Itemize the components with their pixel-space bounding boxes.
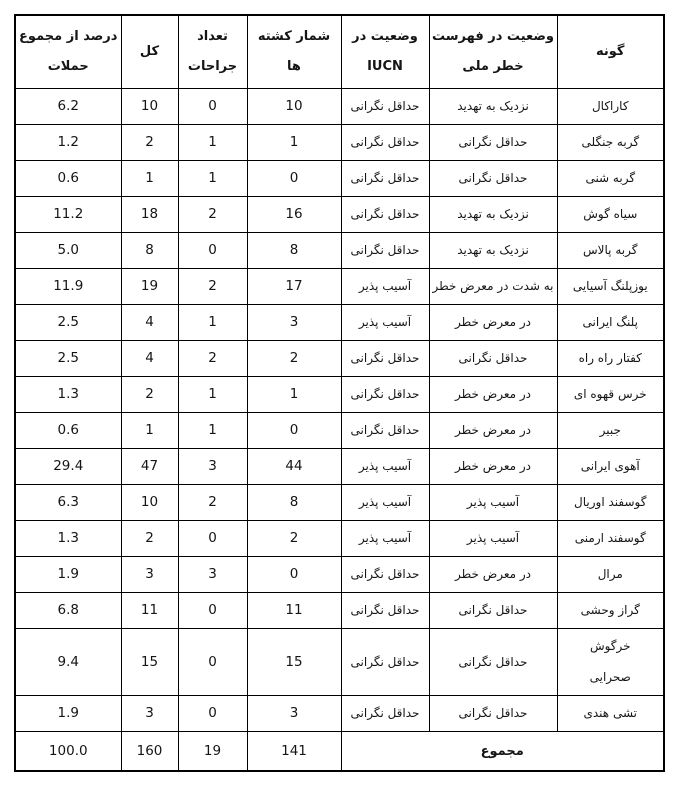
species-cell: گربه شنی xyxy=(557,161,664,197)
total-cell: 4 xyxy=(121,341,178,377)
iucn-status-cell: حداقل نگرانی xyxy=(341,197,429,233)
total-cell: 3 xyxy=(121,696,178,732)
iucn-status-cell: حداقل نگرانی xyxy=(341,341,429,377)
percent-cell: 6.8 xyxy=(15,593,121,629)
injuries-cell: 2 xyxy=(178,197,247,233)
table-row: گوسفند اوریال آسیب پذیر آسیب پذیر 8 2 10… xyxy=(15,485,664,521)
total-cell: 15 xyxy=(121,629,178,696)
header-total: کل xyxy=(121,15,178,89)
species-cell: گراز وحشی xyxy=(557,593,664,629)
injuries-cell: 0 xyxy=(178,593,247,629)
percent-cell: 29.4 xyxy=(15,449,121,485)
species-cell: کاراکال xyxy=(557,89,664,125)
iucn-status-cell: حداقل نگرانی xyxy=(341,413,429,449)
totals-percent: 100.0 xyxy=(15,732,121,772)
totals-injuries: 19 xyxy=(178,732,247,772)
iucn-status-cell: حداقل نگرانی xyxy=(341,89,429,125)
total-cell: 2 xyxy=(121,377,178,413)
percent-cell: 1.9 xyxy=(15,696,121,732)
killed-cell: 8 xyxy=(247,233,341,269)
national-status-cell: نزدیک به تهدید xyxy=(429,89,557,125)
species-cell: جبیر xyxy=(557,413,664,449)
iucn-status-cell: حداقل نگرانی xyxy=(341,557,429,593)
iucn-status-cell: حداقل نگرانی xyxy=(341,233,429,269)
iucn-status-cell: آسیب پذیر xyxy=(341,521,429,557)
killed-cell: 8 xyxy=(247,485,341,521)
killed-cell: 44 xyxy=(247,449,341,485)
total-cell: 1 xyxy=(121,161,178,197)
page: گونه وضعیت در فهرست خطر ملی وضعیت در IUC… xyxy=(0,0,677,772)
total-cell: 4 xyxy=(121,305,178,341)
species-cell: گربه پالاس xyxy=(557,233,664,269)
total-cell: 10 xyxy=(121,485,178,521)
percent-cell: 1.3 xyxy=(15,521,121,557)
table-row: کفتار راه راه حداقل نگرانی حداقل نگرانی … xyxy=(15,341,664,377)
injuries-cell: 3 xyxy=(178,449,247,485)
killed-cell: 11 xyxy=(247,593,341,629)
injuries-cell: 2 xyxy=(178,485,247,521)
total-cell: 11 xyxy=(121,593,178,629)
iucn-status-cell: حداقل نگرانی xyxy=(341,125,429,161)
totals-row: مجموع 141 19 160 100.0 xyxy=(15,732,664,772)
header-injuries: تعداد جراحات xyxy=(178,15,247,89)
percent-cell: 2.5 xyxy=(15,341,121,377)
percent-cell: 2.5 xyxy=(15,305,121,341)
iucn-status-cell: حداقل نگرانی xyxy=(341,696,429,732)
table-row: جبیر در معرض خطر حداقل نگرانی 0 1 1 0.6 xyxy=(15,413,664,449)
iucn-status-cell: آسیب پذیر xyxy=(341,269,429,305)
table-row: سیاه گوش نزدیک به تهدید حداقل نگرانی 16 … xyxy=(15,197,664,233)
table-row: گربه جنگلی حداقل نگرانی حداقل نگرانی 1 1… xyxy=(15,125,664,161)
national-status-cell: در معرض خطر xyxy=(429,413,557,449)
totals-killed: 141 xyxy=(247,732,341,772)
national-status-cell: حداقل نگرانی xyxy=(429,629,557,696)
percent-cell: 6.2 xyxy=(15,89,121,125)
killed-cell: 0 xyxy=(247,413,341,449)
national-status-cell: نزدیک به تهدید xyxy=(429,233,557,269)
table-row: گربه شنی حداقل نگرانی حداقل نگرانی 0 1 1… xyxy=(15,161,664,197)
header-species: گونه xyxy=(557,15,664,89)
iucn-status-cell: حداقل نگرانی xyxy=(341,377,429,413)
percent-cell: 1.3 xyxy=(15,377,121,413)
table-row: تشی هندی حداقل نگرانی حداقل نگرانی 3 0 3… xyxy=(15,696,664,732)
iucn-status-cell: حداقل نگرانی xyxy=(341,161,429,197)
national-status-cell: حداقل نگرانی xyxy=(429,696,557,732)
total-cell: 3 xyxy=(121,557,178,593)
killed-cell: 2 xyxy=(247,521,341,557)
injuries-cell: 0 xyxy=(178,233,247,269)
killed-cell: 15 xyxy=(247,629,341,696)
header-row: گونه وضعیت در فهرست خطر ملی وضعیت در IUC… xyxy=(15,15,664,89)
national-status-cell: در معرض خطر xyxy=(429,449,557,485)
injuries-cell: 2 xyxy=(178,341,247,377)
injuries-cell: 0 xyxy=(178,521,247,557)
species-cell: خرگوش صحرایی xyxy=(557,629,664,696)
injuries-cell: 0 xyxy=(178,629,247,696)
national-status-cell: در معرض خطر xyxy=(429,557,557,593)
killed-cell: 2 xyxy=(247,341,341,377)
killed-cell: 16 xyxy=(247,197,341,233)
table-row: کاراکال نزدیک به تهدید حداقل نگرانی 10 0… xyxy=(15,89,664,125)
national-status-cell: حداقل نگرانی xyxy=(429,341,557,377)
table-row: خرس قهوه ای در معرض خطر حداقل نگرانی 1 1… xyxy=(15,377,664,413)
species-cell: خرس قهوه ای xyxy=(557,377,664,413)
killed-cell: 3 xyxy=(247,305,341,341)
total-cell: 2 xyxy=(121,521,178,557)
table-body: کاراکال نزدیک به تهدید حداقل نگرانی 10 0… xyxy=(15,89,664,732)
species-cell: پلنگ ایرانی xyxy=(557,305,664,341)
species-cell: کفتار راه راه xyxy=(557,341,664,377)
percent-cell: 6.3 xyxy=(15,485,121,521)
total-cell: 19 xyxy=(121,269,178,305)
killed-cell: 0 xyxy=(247,557,341,593)
total-cell: 1 xyxy=(121,413,178,449)
injuries-cell: 1 xyxy=(178,413,247,449)
percent-cell: 9.4 xyxy=(15,629,121,696)
table-row: گربه پالاس نزدیک به تهدید حداقل نگرانی 8… xyxy=(15,233,664,269)
national-status-cell: در معرض خطر xyxy=(429,377,557,413)
national-status-cell: آسیب پذیر xyxy=(429,485,557,521)
percent-cell: 1.2 xyxy=(15,125,121,161)
killed-cell: 17 xyxy=(247,269,341,305)
iucn-status-cell: حداقل نگرانی xyxy=(341,629,429,696)
table-row: خرگوش صحرایی حداقل نگرانی حداقل نگرانی 1… xyxy=(15,629,664,696)
table-row: گوسفند ارمنی آسیب پذیر آسیب پذیر 2 0 2 1… xyxy=(15,521,664,557)
species-cell: تشی هندی xyxy=(557,696,664,732)
percent-cell: 11.9 xyxy=(15,269,121,305)
percent-cell: 0.6 xyxy=(15,161,121,197)
header-percent: درصد از مجموع حملات xyxy=(15,15,121,89)
table-row: گراز وحشی حداقل نگرانی حداقل نگرانی 11 0… xyxy=(15,593,664,629)
iucn-status-cell: آسیب پذیر xyxy=(341,485,429,521)
species-cell: یوزپلنگ آسیایی xyxy=(557,269,664,305)
percent-cell: 0.6 xyxy=(15,413,121,449)
percent-cell: 1.9 xyxy=(15,557,121,593)
species-cell: گوسفند ارمنی xyxy=(557,521,664,557)
national-status-cell: آسیب پذیر xyxy=(429,521,557,557)
wildlife-attack-table: گونه وضعیت در فهرست خطر ملی وضعیت در IUC… xyxy=(14,14,665,772)
total-cell: 8 xyxy=(121,233,178,269)
national-status-cell: حداقل نگرانی xyxy=(429,125,557,161)
injuries-cell: 2 xyxy=(178,269,247,305)
species-cell: گربه جنگلی xyxy=(557,125,664,161)
table-row: یوزپلنگ آسیایی به شدت در معرض خطر آسیب پ… xyxy=(15,269,664,305)
iucn-status-cell: آسیب پذیر xyxy=(341,305,429,341)
header-killed: شمار کشته ها xyxy=(247,15,341,89)
table-footer: مجموع 141 19 160 100.0 xyxy=(15,732,664,772)
national-status-cell: حداقل نگرانی xyxy=(429,593,557,629)
species-cell: گوسفند اوریال xyxy=(557,485,664,521)
totals-total: 160 xyxy=(121,732,178,772)
injuries-cell: 1 xyxy=(178,377,247,413)
injuries-cell: 3 xyxy=(178,557,247,593)
national-status-cell: نزدیک به تهدید xyxy=(429,197,557,233)
killed-cell: 10 xyxy=(247,89,341,125)
header-iucn-status: وضعیت در IUCN xyxy=(341,15,429,89)
national-status-cell: حداقل نگرانی xyxy=(429,161,557,197)
injuries-cell: 1 xyxy=(178,305,247,341)
killed-cell: 1 xyxy=(247,125,341,161)
killed-cell: 3 xyxy=(247,696,341,732)
total-cell: 18 xyxy=(121,197,178,233)
national-status-cell: در معرض خطر xyxy=(429,305,557,341)
total-cell: 47 xyxy=(121,449,178,485)
percent-cell: 5.0 xyxy=(15,233,121,269)
killed-cell: 1 xyxy=(247,377,341,413)
total-cell: 10 xyxy=(121,89,178,125)
table-row: پلنگ ایرانی در معرض خطر آسیب پذیر 3 1 4 … xyxy=(15,305,664,341)
injuries-cell: 1 xyxy=(178,125,247,161)
injuries-cell: 0 xyxy=(178,89,247,125)
species-cell: سیاه گوش xyxy=(557,197,664,233)
table-row: مرال در معرض خطر حداقل نگرانی 0 3 3 1.9 xyxy=(15,557,664,593)
percent-cell: 11.2 xyxy=(15,197,121,233)
species-cell: مرال xyxy=(557,557,664,593)
total-cell: 2 xyxy=(121,125,178,161)
table-row: آهوی ایرانی در معرض خطر آسیب پذیر 44 3 4… xyxy=(15,449,664,485)
totals-label: مجموع xyxy=(341,732,664,772)
killed-cell: 0 xyxy=(247,161,341,197)
national-status-cell: به شدت در معرض خطر xyxy=(429,269,557,305)
species-cell: آهوی ایرانی xyxy=(557,449,664,485)
injuries-cell: 1 xyxy=(178,161,247,197)
iucn-status-cell: آسیب پذیر xyxy=(341,449,429,485)
injuries-cell: 0 xyxy=(178,696,247,732)
iucn-status-cell: حداقل نگرانی xyxy=(341,593,429,629)
table-header: گونه وضعیت در فهرست خطر ملی وضعیت در IUC… xyxy=(15,15,664,89)
header-national-status: وضعیت در فهرست خطر ملی xyxy=(429,15,557,89)
